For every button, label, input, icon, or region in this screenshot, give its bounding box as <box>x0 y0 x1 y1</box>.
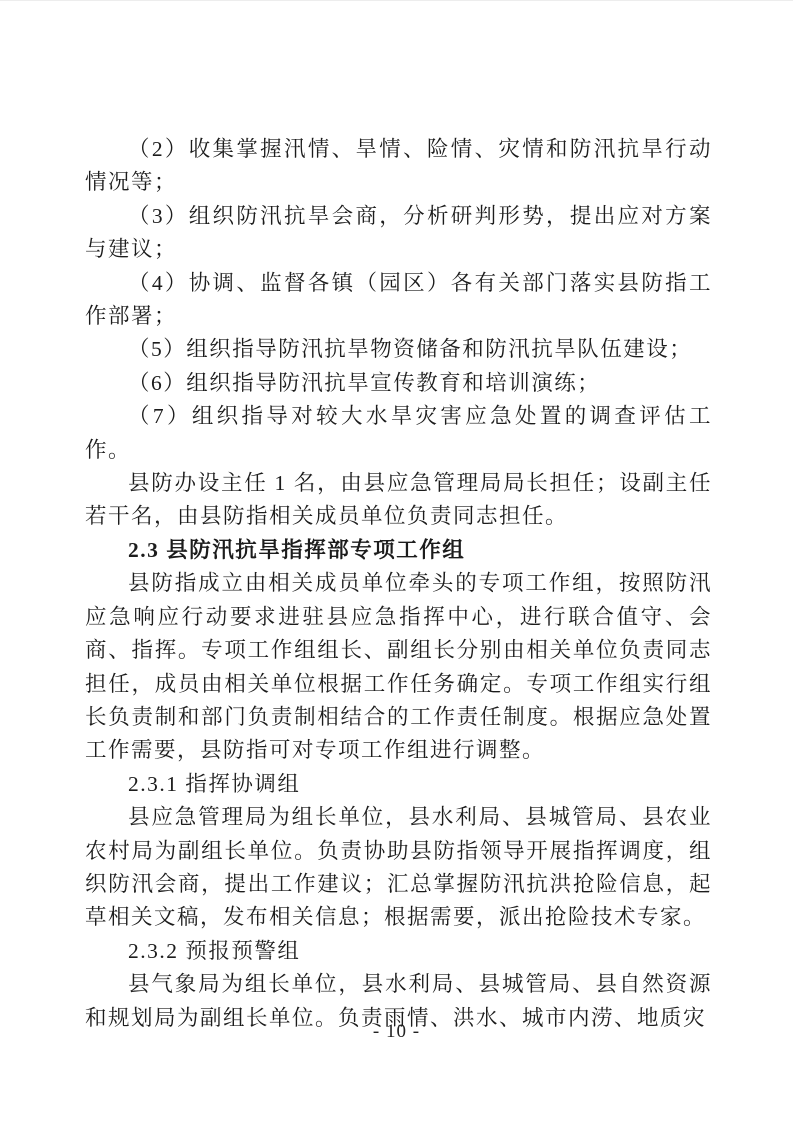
body-paragraph: （5）组织指导防汛抗旱物资储备和防汛抗旱队伍建设； <box>85 333 712 366</box>
body-paragraph: （2）收集掌握汛情、旱情、险情、灾情和防汛抗旱行动情况等； <box>85 133 712 200</box>
body-paragraph: （3）组织防汛抗旱会商，分析研判形势，提出应对方案与建议； <box>85 200 712 267</box>
body-paragraph: （7）组织指导对较大水旱灾害应急处置的调查评估工作。 <box>85 400 712 467</box>
document-body: （2）收集掌握汛情、旱情、险情、灾情和防汛抗旱行动情况等； （3）组织防汛抗旱会… <box>85 133 712 1035</box>
body-paragraph: 县防指成立由相关成员单位牵头的专项工作组，按照防汛应急响应行动要求进驻县应急指挥… <box>85 567 712 767</box>
subsection-heading: 2.3.1 指挥协调组 <box>85 768 712 801</box>
body-paragraph: （6）组织指导防汛抗旱宣传教育和培训演练； <box>85 367 712 400</box>
body-paragraph: 县防办设主任 1 名，由县应急管理局局长担任；设副主任若干名，由县防指相关成员单… <box>85 467 712 534</box>
body-paragraph: （4）协调、监督各镇（园区）各有关部门落实县防指工作部署； <box>85 267 712 334</box>
subsection-heading: 2.3.2 预报预警组 <box>85 935 712 968</box>
section-heading: 2.3 县防汛抗旱指挥部专项工作组 <box>85 534 712 567</box>
document-page: （2）收集掌握汛情、旱情、险情、灾情和防汛抗旱行动情况等； （3）组织防汛抗旱会… <box>0 0 793 1122</box>
body-paragraph: 县应急管理局为组长单位，县水利局、县城管局、县农业农村局为副组长单位。负责协助县… <box>85 801 712 935</box>
page-number: - 10 - <box>0 1017 793 1047</box>
